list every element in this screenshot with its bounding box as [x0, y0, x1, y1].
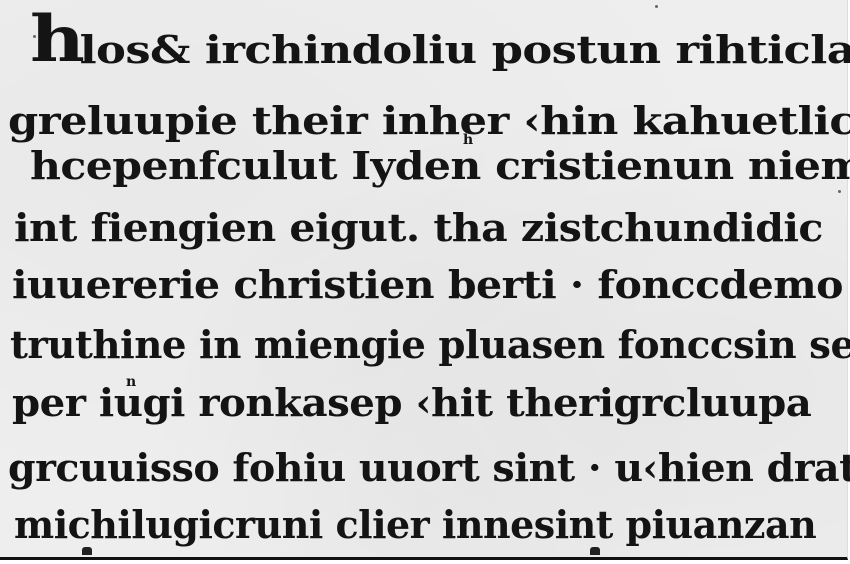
interlinear-gloss: h [463, 132, 473, 148]
manuscript-line-4: int fiengien eigut. tha zistchundidic [14, 205, 823, 250]
manuscript-line-8: grcuuisso fohiu uuort sint · u‹hien drat… [8, 445, 850, 490]
ink-speck [33, 35, 36, 38]
line-text: michilugicruni clier innesint piuanzan [14, 502, 816, 547]
interlinear-gloss: n [126, 374, 136, 390]
line-text: iuuererie christien berti · fonccdemo [12, 262, 843, 307]
manuscript-line-6: truthine in miengie pluasen fonccsin sel [10, 322, 850, 367]
descender-fragment [590, 547, 600, 555]
manuscript-line-1: hlos& irchindoliu postun rihticlathera [30, 8, 850, 72]
manuscript-line-3: hcepenfculut Iyden cristienun niemun [30, 143, 850, 188]
line-text: truthine in miengie pluasen fonccsin sel [10, 322, 850, 367]
line-text: los& irchindoliu postun rihticlathera [80, 27, 850, 72]
manuscript-line-9: michilugicruni clier innesint piuanzan [14, 502, 816, 547]
ink-speck [838, 190, 841, 193]
line-text: int fiengien eigut. tha zistchundidic [14, 205, 823, 250]
manuscript-line-5: iuuererie christien berti · fonccdemo [12, 262, 843, 307]
manuscript-page: hlos& irchindoliu postun rihticlathera g… [0, 0, 848, 560]
line-text: grcuuisso fohiu uuort sint · u‹hien drat… [8, 445, 850, 490]
manuscript-line-2: greluupie their inher ‹hin kahuetlicho [8, 98, 850, 143]
line-text: hcepenfculut Iyden cristienun niemun [30, 143, 850, 188]
decorated-initial: h [30, 8, 84, 72]
line-text: greluupie their inher ‹hin kahuetlicho [8, 98, 850, 143]
descender-fragment [82, 547, 92, 555]
ink-speck [655, 5, 658, 8]
